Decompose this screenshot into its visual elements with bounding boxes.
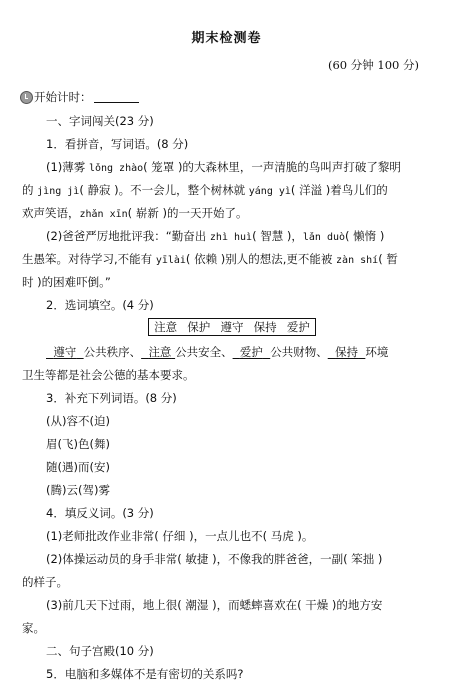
- q2-heading: 2．选词填空。(4 分): [46, 298, 154, 312]
- word-bank-item: 注意: [154, 319, 177, 335]
- pinyin: jìng jì: [37, 186, 79, 197]
- q1-p1-line2: 的 jìng jì( 静寂 )。不一会儿，整个树林就 yáng yì( 洋溢 )…: [22, 183, 388, 199]
- timer-label: 开始计时：: [34, 89, 92, 105]
- q4-p1: (1)老师批改作业非常( 仔细 )，一点儿也不( 马虎 )。: [46, 529, 313, 543]
- answer: 注意: [148, 345, 171, 359]
- text: ( 智慧 )，: [252, 229, 303, 243]
- text: ( 洋溢 )着鸟儿们的: [291, 183, 388, 197]
- text: 环境: [365, 345, 388, 359]
- page-title: 期末检测卷: [0, 27, 453, 46]
- pinyin: lǎn duò: [303, 232, 345, 243]
- text: ( 懒惰 ): [345, 229, 384, 243]
- text: 公共秩序、: [84, 345, 142, 359]
- text: 公共安全、: [175, 345, 233, 359]
- answer: 爱护: [240, 345, 263, 359]
- start-timer: 开始计时：: [20, 89, 139, 105]
- q4-p3-line1: (3)前几天下过雨，地上很( 潮湿 )，而蟋蟀喜欢在( 干燥 )的地方安: [46, 598, 382, 612]
- q1-p1-line3: 欢声笑语，zhǎn xīn( 崭新 )的一天开始了。: [22, 206, 247, 222]
- word-bank-item: 保护: [187, 319, 210, 335]
- word-bank-item: 保持: [254, 319, 277, 335]
- q2-fill-line1: 遵守 公共秩序、 注意 公共安全、 爱护 公共财物、 保持 环境: [46, 345, 388, 359]
- clock-icon: [20, 91, 33, 104]
- q1-p2-line1: (2)爸爸严厉地批评我：“勤奋出 zhì huì( 智慧 )，lǎn duò( …: [46, 229, 384, 245]
- pinyin: yīlài: [156, 255, 186, 266]
- q4-p3-line2: 家。: [22, 621, 45, 635]
- answer: 遵守: [53, 345, 76, 359]
- text: ( 依赖 )别人的想法,更不能被: [186, 252, 336, 266]
- q4-p2-line2: 的样子。: [22, 575, 68, 589]
- text: (1)薄雾: [46, 160, 89, 174]
- q4-heading: 4．填反义词。(3 分): [46, 506, 154, 520]
- q2-fill-line2: 卫生等都是社会公德的基本要求。: [22, 368, 195, 382]
- pinyin: zàn shí: [336, 255, 378, 266]
- q3-item: 眉(飞)色(舞): [46, 437, 110, 451]
- text: 生愚笨。对待学习,不能有: [22, 252, 156, 266]
- text: (2)爸爸严厉地批评我：“勤奋出: [46, 229, 210, 243]
- q3-item: 随(遇)而(安): [46, 460, 110, 474]
- answer-blank: 注意: [141, 345, 175, 359]
- word-bank-item: 爱护: [287, 319, 310, 335]
- answer-blank: 遵守: [46, 345, 84, 359]
- text: ( 暂: [378, 252, 398, 266]
- pinyin: zhì huì: [210, 232, 252, 243]
- text: 公共财物、: [270, 345, 328, 359]
- text: 的: [22, 183, 37, 197]
- text: 欢声笑语，: [22, 206, 80, 220]
- q1-p2-line3: 时 )的困难吓倒。”: [22, 275, 111, 289]
- section1-heading: 一、字词闯关(23 分): [46, 114, 154, 128]
- q1-p2-line2: 生愚笨。对待学习,不能有 yīlài( 依赖 )别人的想法,更不能被 zàn s…: [22, 252, 398, 268]
- text: ( 笼罩 )的大森林里，一声清脆的鸟叫声打破了黎明: [143, 160, 401, 174]
- q3-item: (从)容不(迫): [46, 414, 110, 428]
- text: ( 崭新 )的一天开始了。: [128, 206, 248, 220]
- word-bank-box: 注意 保护 遵守 保持 爱护: [148, 318, 316, 336]
- answer-blank: 爱护: [233, 345, 271, 359]
- q1-heading: 1．看拼音，写词语。(8 分): [46, 137, 188, 151]
- answer-blank: 保持: [328, 345, 366, 359]
- q5-text: 5．电脑和多媒体不是有密切的关系吗?: [46, 667, 243, 681]
- answer: 保持: [335, 345, 358, 359]
- exam-page: 期末检测卷 (60 分钟 100 分) 开始计时： 一、字词闯关(23 分) 1…: [0, 0, 453, 690]
- q4-p2-line1: (2)体操运动员的身手非常( 敏捷 )，不像我的胖爸爸，一副( 笨拙 ): [46, 552, 382, 566]
- exam-meta: (60 分钟 100 分): [328, 57, 419, 73]
- q1-p1-line1: (1)薄雾 lǒng zhào( 笼罩 )的大森林里，一声清脆的鸟叫声打破了黎明: [46, 160, 401, 176]
- pinyin: lǒng zhào: [89, 163, 143, 174]
- text: ( 静寂 )。不一会儿，整个树林就: [79, 183, 248, 197]
- q3-item: (腾)云(驾)雾: [46, 483, 110, 497]
- timer-blank[interactable]: [94, 91, 139, 103]
- section2-heading: 二、句子宫殿(10 分): [46, 644, 154, 658]
- pinyin: zhǎn xīn: [80, 209, 128, 220]
- pinyin: yáng yì: [249, 186, 291, 197]
- q3-heading: 3．补充下列词语。(8 分): [46, 391, 177, 405]
- word-bank-item: 遵守: [220, 319, 243, 335]
